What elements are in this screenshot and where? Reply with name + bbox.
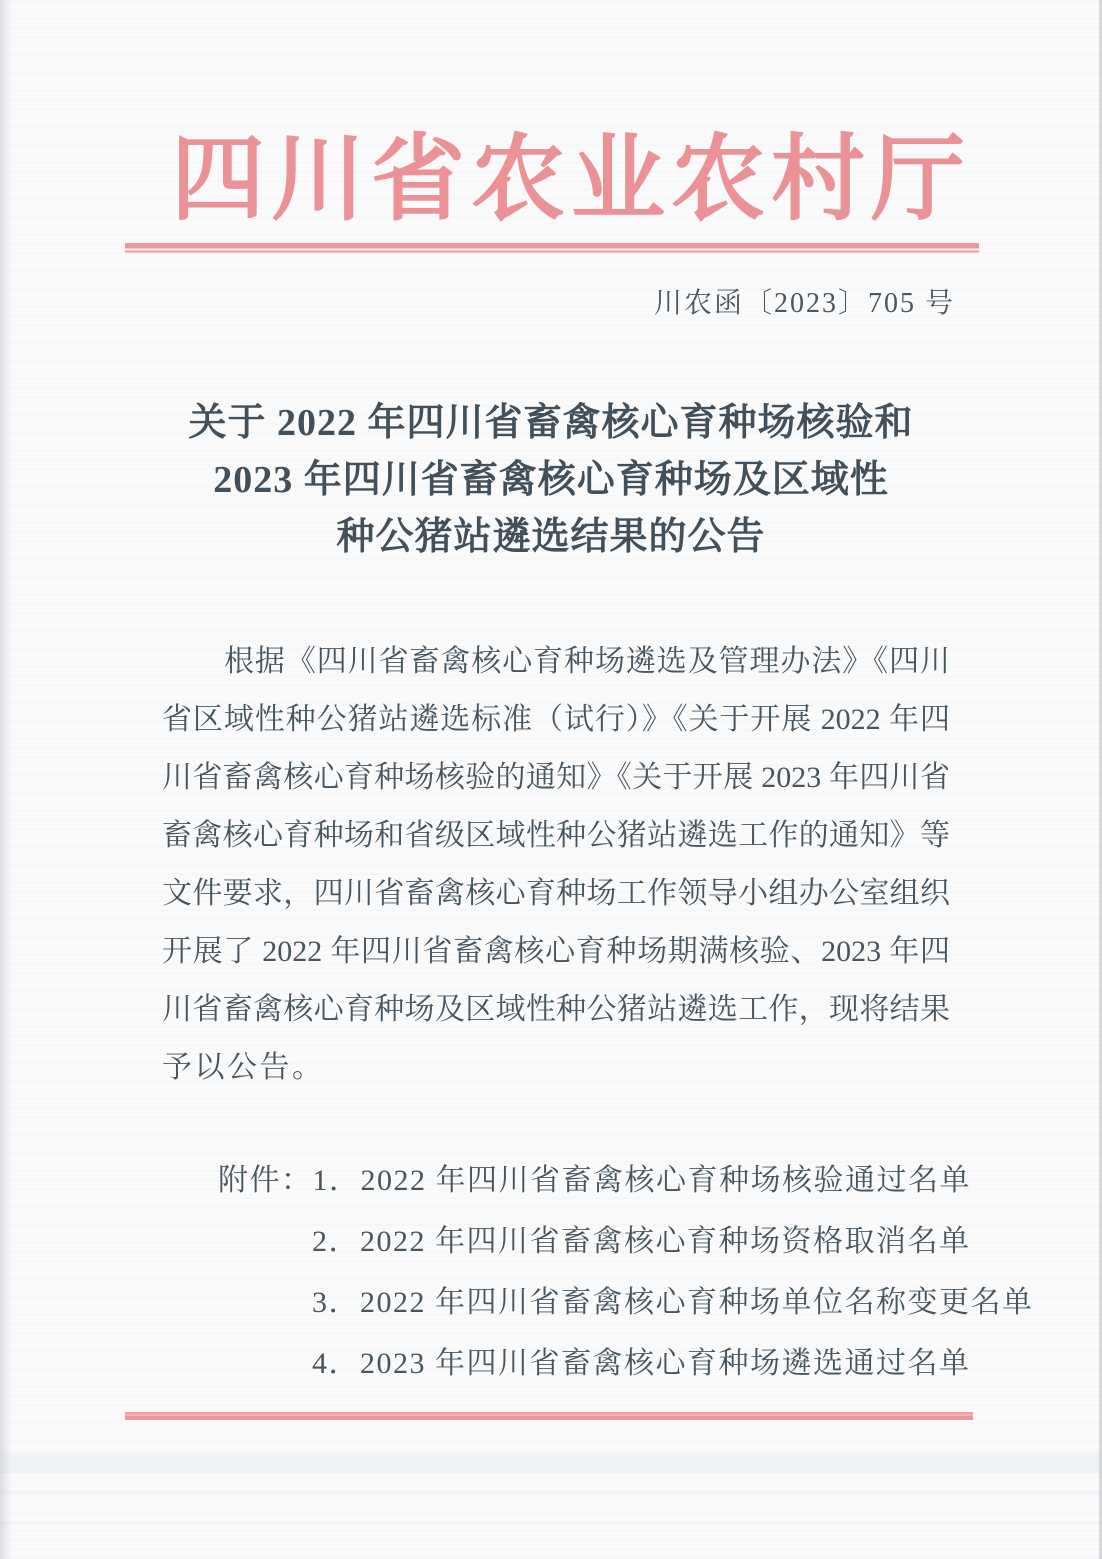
document-title: 关于 2022 年四川省畜禽核心育种场核验和 2023 年四川省畜禽核心育种场及… xyxy=(80,395,1022,566)
scan-noise-band xyxy=(0,1522,1102,1525)
body-line: 川省畜禽核心育种场核验的通知》《关于开展 2023 年四川省 xyxy=(162,749,950,807)
official-document-page: 四川省农业农村厅 川农函〔2023〕705 号 关于 2022 年四川省畜禽核心… xyxy=(0,0,1102,1559)
attachments-label: 附件： xyxy=(218,1164,313,1197)
body-line: 川省畜禽核心育种场及区域性种公猪站遴选工作，现将结果 xyxy=(162,981,950,1039)
title-line-2: 2023 年四川省畜禽核心育种场及区域性 xyxy=(80,452,1022,509)
body-paragraph: 根据《四川省畜禽核心育种场遴选及管理办法》《四川 省区域性种公猪站遴选标准（试行… xyxy=(162,633,950,1097)
title-line-3: 种公猪站遴选结果的公告 xyxy=(80,509,1022,566)
body-line: 畜禽核心育种场和省级区域性种公猪站遴选工作的通知》等 xyxy=(162,807,950,865)
attachment-row: 附件：1．2022 年四川省畜禽核心育种场核验通过名单 xyxy=(218,1150,1034,1211)
attachment-item: 1．2022 年四川省畜禽核心育种场核验通过名单 xyxy=(313,1164,972,1197)
attachments-section: 附件：1．2022 年四川省畜禽核心育种场核验通过名单 2．2022 年四川省畜… xyxy=(218,1150,1034,1394)
scan-noise-band xyxy=(0,1490,1102,1494)
body-line: 予以公告。 xyxy=(162,1039,950,1097)
scan-noise-band xyxy=(0,1452,1102,1474)
agency-header: 四川省农业农村厅 xyxy=(20,128,1102,232)
attachment-item: 2．2022 年四川省畜禽核心育种场资格取消名单 xyxy=(218,1211,1034,1272)
footer-rule xyxy=(125,1412,973,1420)
scan-edge-shade-left xyxy=(0,0,12,1559)
attachment-item: 4．2023 年四川省畜禽核心育种场遴选通过名单 xyxy=(218,1333,1034,1394)
body-line: 文件要求，四川省畜禽核心育种场工作领导小组办公室组织 xyxy=(162,865,950,923)
attachment-item: 3．2022 年四川省畜禽核心育种场单位名称变更名单 xyxy=(218,1272,1034,1333)
header-double-rule xyxy=(125,243,979,254)
document-number: 川农函〔2023〕705 号 xyxy=(654,287,955,321)
body-line: 省区域性种公猪站遴选标准（试行）》《关于开展 2022 年四 xyxy=(162,691,950,749)
title-line-1: 关于 2022 年四川省畜禽核心育种场核验和 xyxy=(80,395,1022,452)
body-line: 开展了 2022 年四川省畜禽核心育种场期满核验、2023 年四 xyxy=(162,923,950,981)
body-line: 根据《四川省畜禽核心育种场遴选及管理办法》《四川 xyxy=(162,633,950,691)
